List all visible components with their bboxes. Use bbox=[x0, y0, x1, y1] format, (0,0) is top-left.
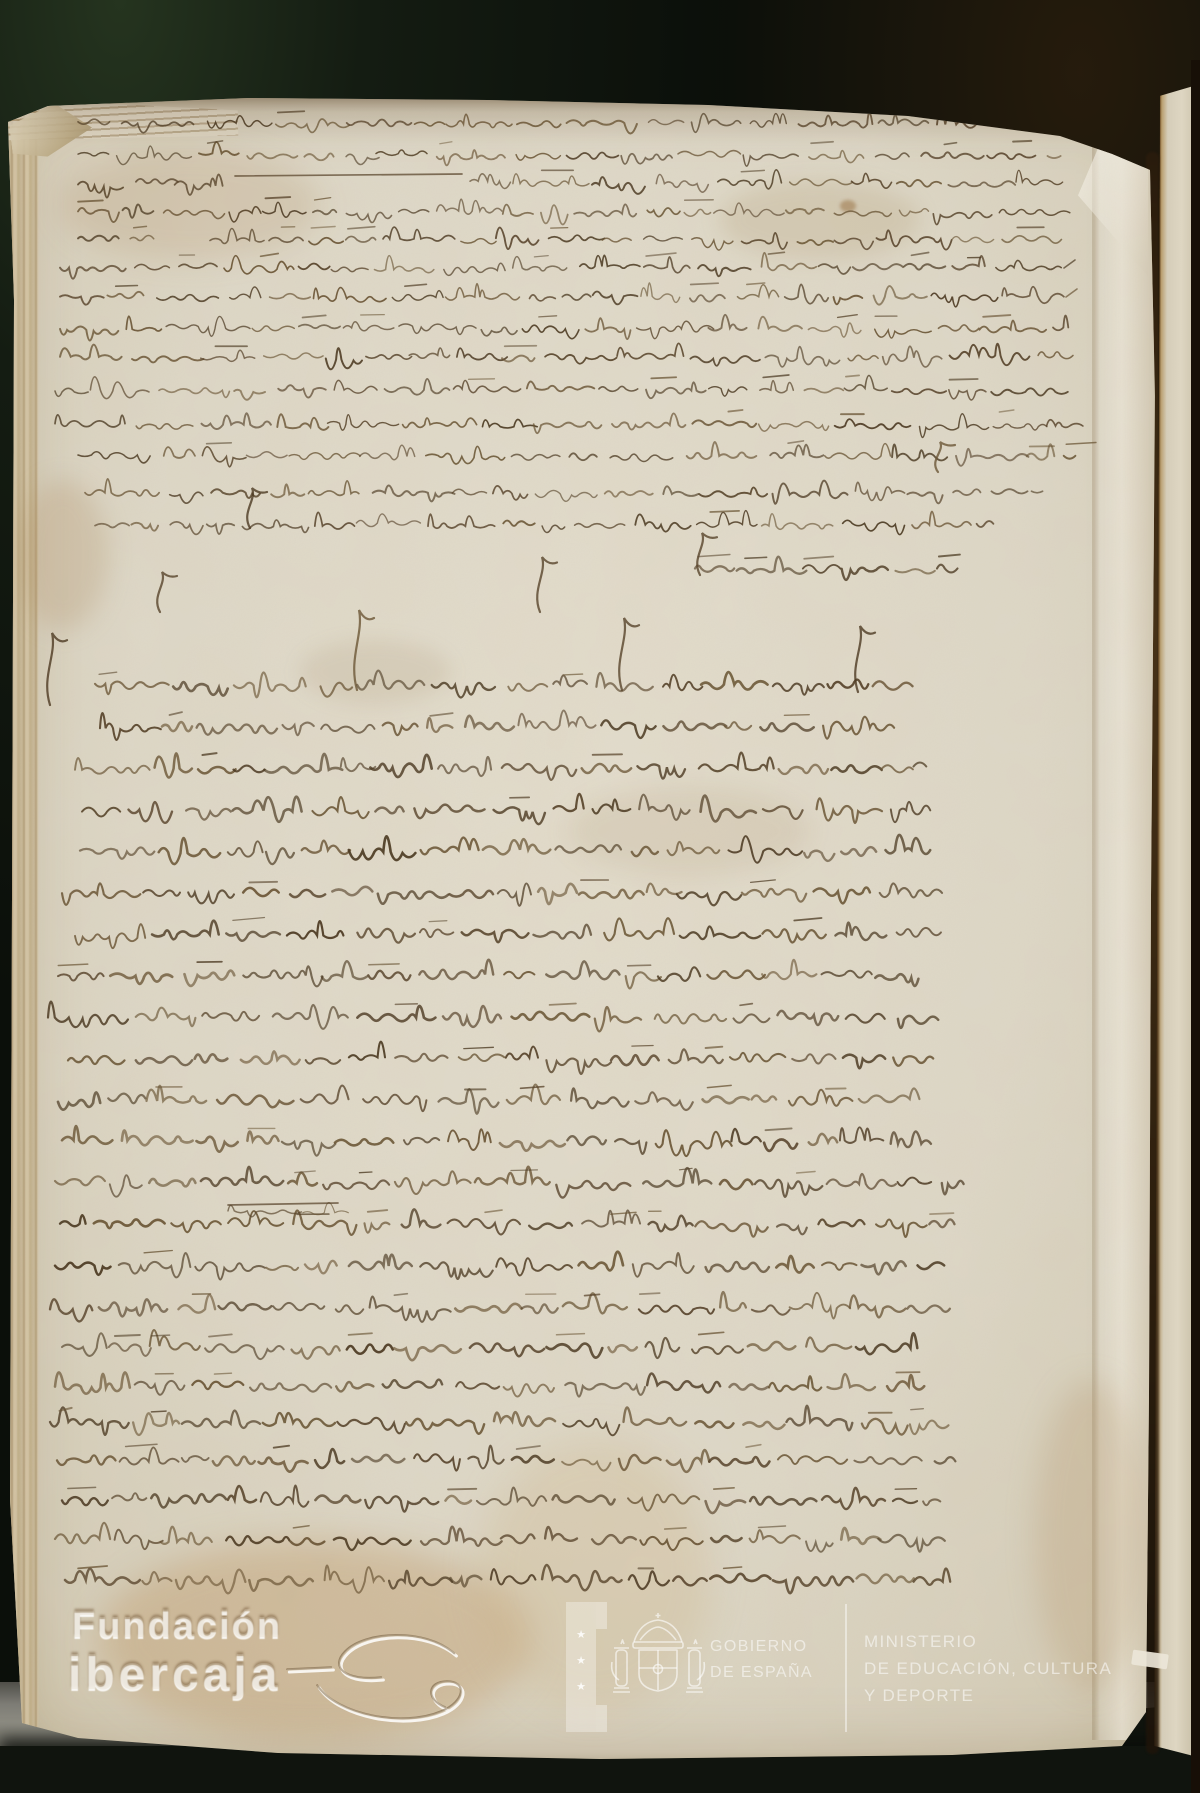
ibercaja-watermark-text: ibercaja bbox=[68, 1646, 281, 1701]
ministerio-line1: MINISTERIO bbox=[864, 1628, 1112, 1655]
ibercaja-logo-swirl-icon bbox=[280, 1624, 480, 1734]
spain-coat-of-arms-icon bbox=[610, 1610, 706, 1714]
fundacion-watermark-text: Fundación bbox=[72, 1604, 282, 1647]
star-icon: ★ bbox=[566, 1680, 596, 1693]
ministerio-watermark-text: MINISTERIO DE EDUCACIÓN, CULTURA Y DEPOR… bbox=[864, 1628, 1112, 1709]
gobierno-line2: DE ESPAÑA bbox=[710, 1660, 813, 1686]
gobierno-watermark-text: GOBIERNO DE ESPAÑA bbox=[710, 1634, 813, 1686]
gobierno-line1: GOBIERNO bbox=[710, 1634, 813, 1660]
manuscript-photo-scene: Fundación ibercaja bbox=[0, 0, 1200, 1793]
eu-flag-bar-notch bbox=[596, 1705, 607, 1732]
eu-flag-bar-notch bbox=[596, 1602, 607, 1629]
star-icon: ★ bbox=[566, 1654, 596, 1667]
manuscript-page: Fundación ibercaja bbox=[8, 96, 1160, 1761]
ministerio-line3: Y DEPORTE bbox=[864, 1682, 1112, 1709]
ministerio-line2: DE EDUCACIÓN, CULTURA bbox=[864, 1655, 1112, 1682]
star-icon: ★ bbox=[566, 1628, 596, 1641]
handwriting-ink bbox=[8, 96, 1160, 1761]
eu-flag-bar bbox=[566, 1602, 596, 1732]
book-cover-edge bbox=[1191, 60, 1200, 1793]
watermark-divider bbox=[845, 1604, 847, 1732]
